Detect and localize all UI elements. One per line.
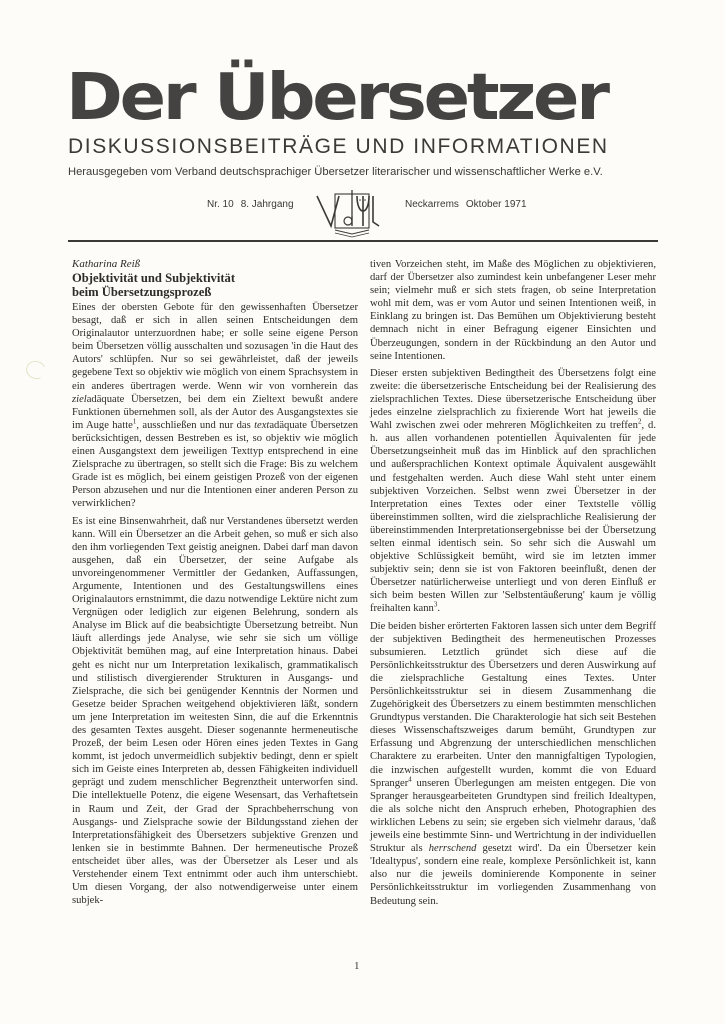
article-column-right: tiven Vorzeichen steht, im Maße des Mögl… [370, 258, 656, 908]
date: Oktober 1971 [466, 199, 527, 210]
masthead-divider [68, 240, 658, 242]
issue-place-date: NeckarremsOktober 1971 [405, 199, 534, 210]
article-paragraph: Es ist eine Binsenwahrheit, daß nur Vers… [72, 515, 358, 908]
text-run: adäquate Übersetzen berücksichtigen, des… [72, 420, 358, 510]
emphasis: ziel [72, 394, 87, 405]
vdu-logo-icon [313, 188, 393, 238]
text-run: Eines der obersten Gebote für den gewiss… [72, 302, 358, 392]
emphasis: text [254, 420, 269, 431]
article-paragraph: tiven Vorzeichen steht, im Maße des Mögl… [370, 258, 656, 363]
masthead-title: Der Übersetzer [66, 62, 703, 134]
article-column-left: Katharina Reiß Objektivität und Subjekti… [72, 258, 358, 907]
emphasis: herrschend [429, 843, 477, 854]
right-column-body: tiven Vorzeichen steht, im Maße des Mögl… [370, 258, 656, 908]
article-author: Katharina Reiß [72, 258, 358, 271]
text-run: Die beiden bisher erörterten Faktoren la… [370, 621, 656, 789]
place: Neckarrems [405, 199, 459, 210]
article-title-line-1: Objektivität und Subjektivität [72, 271, 358, 285]
text-run: Es ist eine Binsenwahrheit, daß nur Vers… [72, 516, 358, 907]
issue-info: Nr. 108. Jahrgang [207, 199, 301, 210]
article-paragraph: Eines der obersten Gebote für den gewiss… [72, 301, 358, 511]
text-run: tiven Vorzeichen steht, im Maße des Mögl… [370, 259, 656, 362]
left-column-body: Eines der obersten Gebote für den gewiss… [72, 301, 358, 907]
masthead-subtitle: DISKUSSIONSBEITRÄGE UND INFORMATIONEN [68, 135, 668, 159]
text-run: Dieser ersten subjektiven Bedingtheit de… [370, 368, 656, 431]
margin-mark [24, 358, 49, 382]
article-title: Objektivität und Subjektivität beim Über… [72, 271, 358, 299]
issue-number: Nr. 10 [207, 199, 234, 210]
volume: 8. Jahrgang [241, 199, 294, 210]
article-title-line-2: beim Übersetzungsprozeß [72, 285, 358, 299]
article-paragraph: Die beiden bisher erörterten Faktoren la… [370, 620, 656, 908]
text-run: . [437, 603, 440, 614]
text-run: , ausschließen und nur das [136, 420, 254, 431]
publisher-line: Herausgegeben vom Verband deutschsprachi… [68, 166, 668, 178]
page-number: 1 [354, 960, 360, 972]
article-paragraph: Dieser ersten subjektiven Bedingtheit de… [370, 367, 656, 616]
text-run: , d. h. aus allen vorhandenen potentiell… [370, 420, 656, 614]
